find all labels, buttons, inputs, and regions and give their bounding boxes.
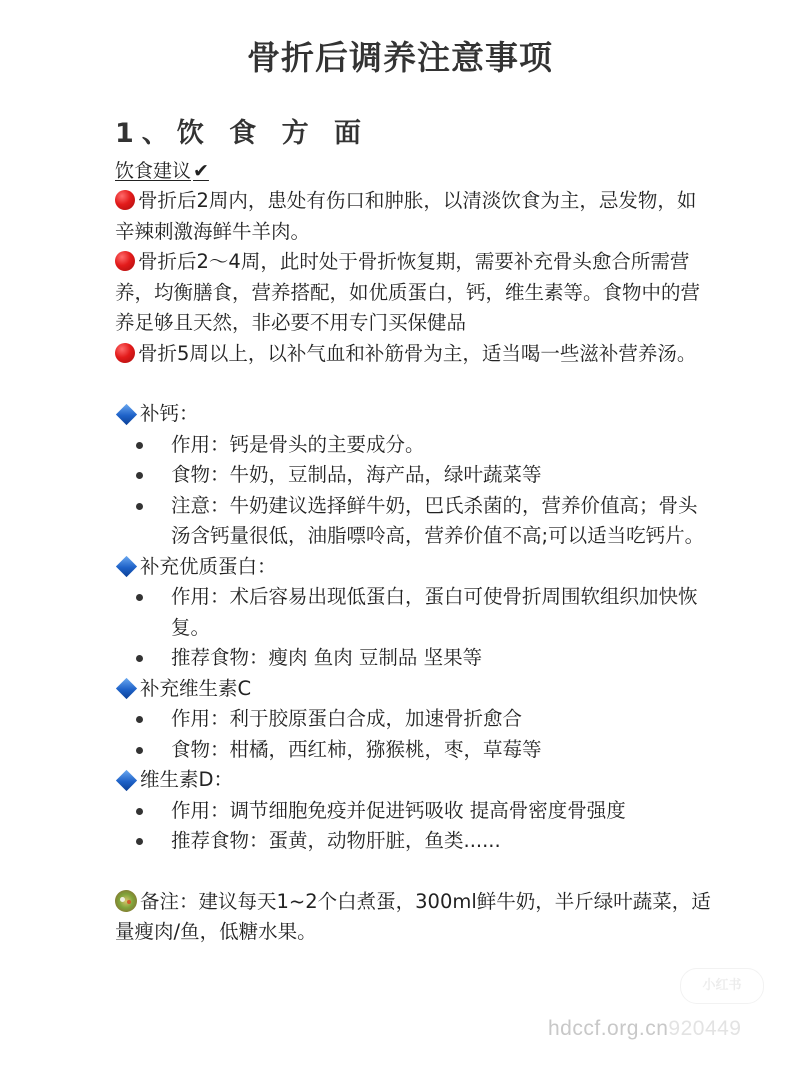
bullet-icon [136,472,143,479]
list-item-text: 作用：利于胶原蛋白合成，加速骨折愈合 [171,707,522,730]
nutrient-bullets: 作用：术后容易出现低蛋白，蛋白可使骨折周围软组织加快恢复。 推荐食物：瘦肉 鱼肉… [115,582,715,674]
list-item: 作用：术后容易出现低蛋白，蛋白可使骨折周围软组织加快恢复。 [115,582,715,643]
red-circle-icon [115,190,135,210]
page-title: 骨折后调养注意事项 [0,32,800,79]
bullet-icon [136,594,143,601]
blue-diamond-icon [116,770,137,791]
watermark-url-text: hdccf.org.cn [548,1017,668,1040]
bullet-icon [136,442,143,449]
diet-item-text: 骨折5周以上，以补气血和补筋骨为主，适当喝一些滋补营养汤。 [138,342,696,365]
list-item-text: 作用：调节细胞免疫并促进钙吸收 提高骨密度骨强度 [171,799,626,822]
check-mark-icon: ✔ [193,160,209,182]
diet-item: 骨折5周以上，以补气血和补筋骨为主，适当喝一些滋补营养汤。 [115,339,715,370]
list-item: 食物：柑橘，西红柿，猕猴桃，枣，草莓等 [115,735,715,766]
note-text: 备注：建议每天1~2个白煮蛋，300ml鲜牛奶，半斤绿叶蔬菜，适量瘦肉/鱼，低糖… [115,890,711,944]
blue-diamond-icon [116,678,137,699]
nutrient-heading-calcium: 补钙： [115,399,715,430]
list-item-text: 注意：牛奶建议选择鲜牛奶，巴氏杀菌的，营养价值高；骨头汤含钙量很低，油脂嘌呤高，… [171,494,704,548]
diet-advice-subheading: 饮食建议✔ [115,156,209,186]
list-item-text: 推荐食物：蛋黄，动物肝脏，鱼类...... [171,829,501,852]
note-paragraph: 备注：建议每天1~2个白煮蛋，300ml鲜牛奶，半斤绿叶蔬菜，适量瘦肉/鱼，低糖… [115,887,715,948]
bullet-icon [136,747,143,754]
nutrient-heading-label: 补充优质蛋白： [140,552,277,583]
bullet-icon [136,716,143,723]
red-circle-icon [115,251,135,271]
nutrient-heading-vitamin-c: 补充维生素C [115,674,715,705]
list-item: 推荐食物：瘦肉 鱼肉 豆制品 坚果等 [115,643,715,674]
diet-item: 骨折后2～4周，此时处于骨折恢复期，需要补充骨头愈合所需营养，均衡膳食，营养搭配… [115,247,715,339]
watermark-url: hdccf.org.cn920449 [548,1017,741,1041]
list-item: 推荐食物：蛋黄，动物肝脏，鱼类...... [115,826,715,857]
bullet-icon [136,808,143,815]
blue-diamond-icon [116,404,137,425]
nutrient-heading-protein: 补充优质蛋白： [115,552,715,583]
list-item: 作用：调节细胞免疫并促进钙吸收 提高骨密度骨强度 [115,796,715,827]
list-item-text: 作用：术后容易出现低蛋白，蛋白可使骨折周围软组织加快恢复。 [171,585,698,639]
list-item: 注意：牛奶建议选择鲜牛奶，巴氏杀菌的，营养价值高；骨头汤含钙量很低，油脂嘌呤高，… [115,491,715,552]
nutrient-heading-label: 维生素D： [140,765,233,796]
watermark-badge: 小红书 [680,968,764,1004]
diet-item-text: 骨折后2～4周，此时处于骨折恢复期，需要补充骨头愈合所需营养，均衡膳食，营养搭配… [115,250,700,334]
bullet-icon [136,838,143,845]
nutrient-heading-label: 补充维生素C [140,674,251,705]
list-item-text: 食物：牛奶，豆制品，海产品，绿叶蔬菜等 [171,463,542,486]
watermark-id: 920449 [668,1017,741,1040]
nutrient-heading-vitamin-d: 维生素D： [115,765,715,796]
spacer [115,369,715,399]
nutrient-heading-label: 补钙： [140,399,199,430]
diet-item-text: 骨折后2周内，患处有伤口和肿胀，以清淡饮食为主，忌发物，如辛辣刺激海鲜牛羊肉。 [115,189,696,243]
blue-diamond-icon [116,556,137,577]
document-body: 1、饮 食 方 面 饮食建议✔ 骨折后2周内，患处有伤口和肿胀，以清淡饮食为主，… [115,112,715,948]
list-item: 作用：钙是骨头的主要成分。 [115,430,715,461]
nutrient-bullets: 作用：钙是骨头的主要成分。 食物：牛奶，豆制品，海产品，绿叶蔬菜等 注意：牛奶建… [115,430,715,552]
bullet-icon [136,655,143,662]
section-heading: 1、饮 食 方 面 [115,112,715,156]
list-item-text: 食物：柑橘，西红柿，猕猴桃，枣，草莓等 [171,738,542,761]
subheading-row: 饮食建议✔ [115,156,715,186]
list-item: 食物：牛奶，豆制品，海产品，绿叶蔬菜等 [115,460,715,491]
list-item: 作用：利于胶原蛋白合成，加速骨折愈合 [115,704,715,735]
subheading-label: 饮食建议 [115,160,191,182]
list-item-text: 推荐食物：瘦肉 鱼肉 豆制品 坚果等 [171,646,482,669]
list-item-text: 作用：钙是骨头的主要成分。 [171,433,425,456]
diet-item: 骨折后2周内，患处有伤口和肿胀，以清淡饮食为主，忌发物，如辛辣刺激海鲜牛羊肉。 [115,186,715,247]
red-circle-icon [115,343,135,363]
spacer [115,857,715,887]
bullet-icon [136,503,143,510]
nutrient-bullets: 作用：利于胶原蛋白合成，加速骨折愈合 食物：柑橘，西红柿，猕猴桃，枣，草莓等 [115,704,715,765]
salad-bowl-icon [115,890,137,912]
nutrient-bullets: 作用：调节细胞免疫并促进钙吸收 提高骨密度骨强度 推荐食物：蛋黄，动物肝脏，鱼类… [115,796,715,857]
